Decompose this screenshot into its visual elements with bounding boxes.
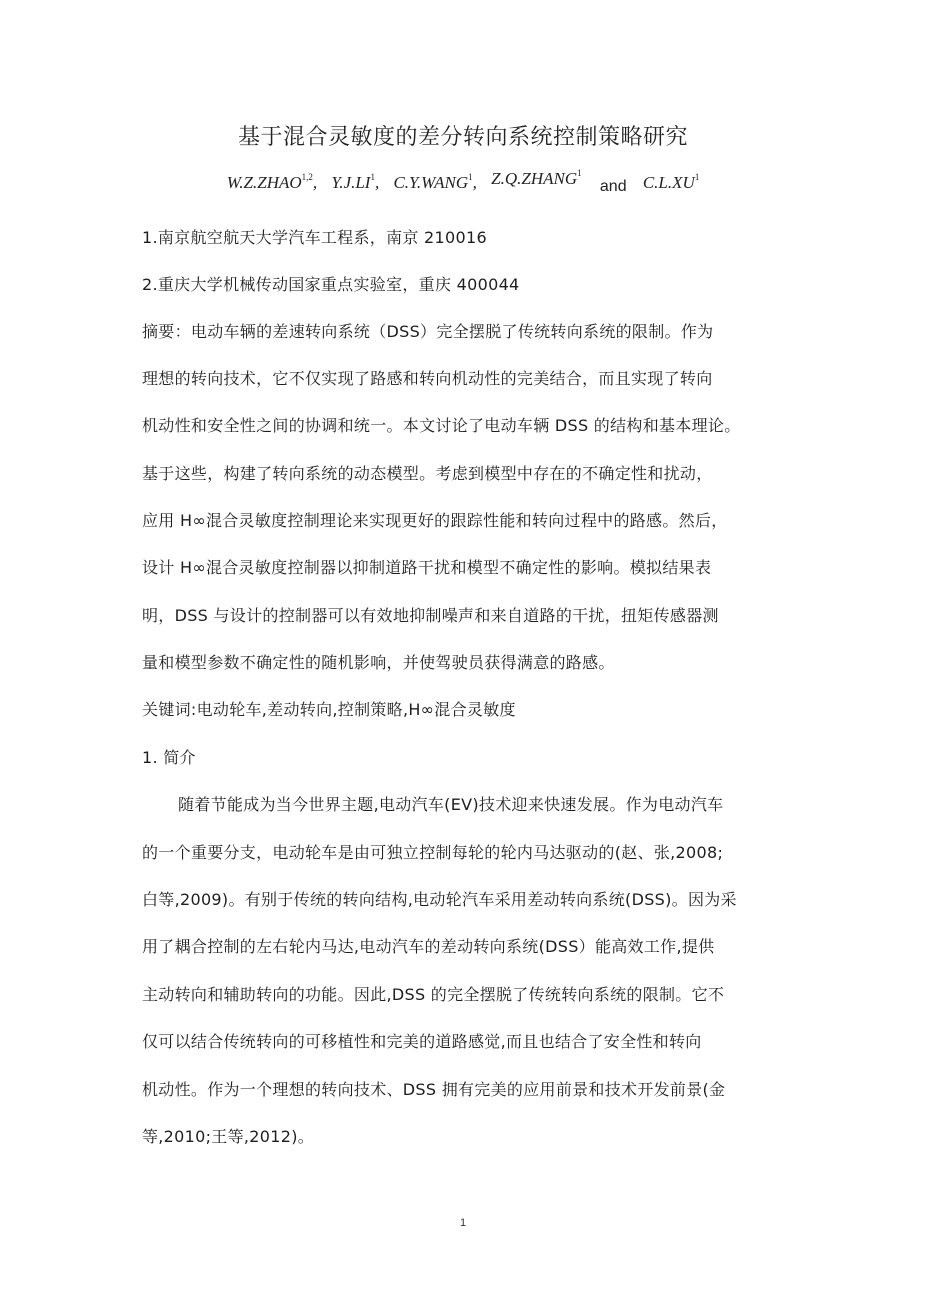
- author: C.Y.WANG1: [393, 173, 472, 192]
- section-heading: 1. 简介: [142, 745, 196, 768]
- body-line: 主动转向和辅助转向的功能。因此,DSS 的完全摆脱了传统转向系统的限制。它不: [142, 982, 724, 1005]
- abstract-line: 设计 H∞混合灵敏度控制器以抑制道路干扰和模型不确定性的影响。模拟结果表: [142, 555, 711, 578]
- abstract-line: 摘要：电动车辆的差速转向系统（DSS）完全摆脱了传统转向系统的限制。作为: [142, 319, 713, 342]
- body-line: 用了耦合控制的左右轮内马达,电动汽车的差动转向系统(DSS）能高效工作,提供: [142, 934, 714, 957]
- author-conjunction: and: [600, 178, 627, 195]
- author: Z.Q.ZHANG1: [491, 169, 581, 188]
- author: W.Z.ZHAO1,2: [227, 173, 313, 192]
- body-line: 随着节能成为当今世界主题,电动汽车(EV)技术迎来快速发展。作为电动汽车: [178, 792, 723, 815]
- author: Y.J.LI1: [331, 173, 375, 192]
- body-line: 等,2010;王等,2012)。: [142, 1124, 314, 1147]
- abstract-line: 应用 H∞混合灵敏度控制理论来实现更好的跟踪性能和转向过程中的路感。然后，: [142, 508, 728, 531]
- affiliation: 2.重庆大学机械传动国家重点实验室，重庆 400044: [142, 272, 520, 295]
- abstract-line: 量和模型参数不确定性的随机影响，并使驾驶员获得满意的路感。: [142, 650, 615, 673]
- author-list: W.Z.ZHAO1,2, Y.J.LI1, C.Y.WANG1, Z.Q.ZHA…: [0, 172, 926, 193]
- affiliation: 1.南京航空航天大学汽车工程系，南京 210016: [142, 225, 487, 248]
- abstract-line: 理想的转向技术，它不仅实现了路感和转向机动性的完美结合，而且实现了转向: [142, 366, 713, 389]
- abstract-line: 机动性和安全性之间的协调和统一。本文讨论了电动车辆 DSS 的结构和基本理论。: [142, 413, 741, 436]
- abstract-line: 明，DSS 与设计的控制器可以有效地抑制噪声和来自道路的干扰，扭矩传感器测: [142, 603, 719, 626]
- body-line: 仅可以结合传统转向的可移植性和完美的道路感觉,而且也结合了安全性和转向: [142, 1029, 702, 1052]
- keywords: 关键词:电动轮车,差动转向,控制策略,H∞混合灵敏度: [142, 697, 516, 720]
- body-line: 白等,2009)。有别于传统的转向结构,电动轮汽车采用差动转向系统(DSS)。因…: [142, 887, 737, 910]
- abstract-line: 基于这些，构建了转向系统的动态模型。考虑到模型中存在的不确定性和扰动，: [142, 461, 713, 484]
- body-line: 的一个重要分支，电动轮车是由可独立控制每轮的轮内马达驱动的(赵、张,2008;: [142, 840, 723, 863]
- body-line: 机动性。作为一个理想的转向技术、DSS 拥有完美的应用前景和技术开发前景(金: [142, 1077, 725, 1100]
- author: C.L.XU1: [643, 173, 699, 192]
- document-page: 基于混合灵敏度的差分转向系统控制策略研究 W.Z.ZHAO1,2, Y.J.LI…: [0, 0, 926, 1309]
- page-number: 1: [0, 1217, 926, 1229]
- paper-title: 基于混合灵敏度的差分转向系统控制策略研究: [0, 120, 926, 151]
